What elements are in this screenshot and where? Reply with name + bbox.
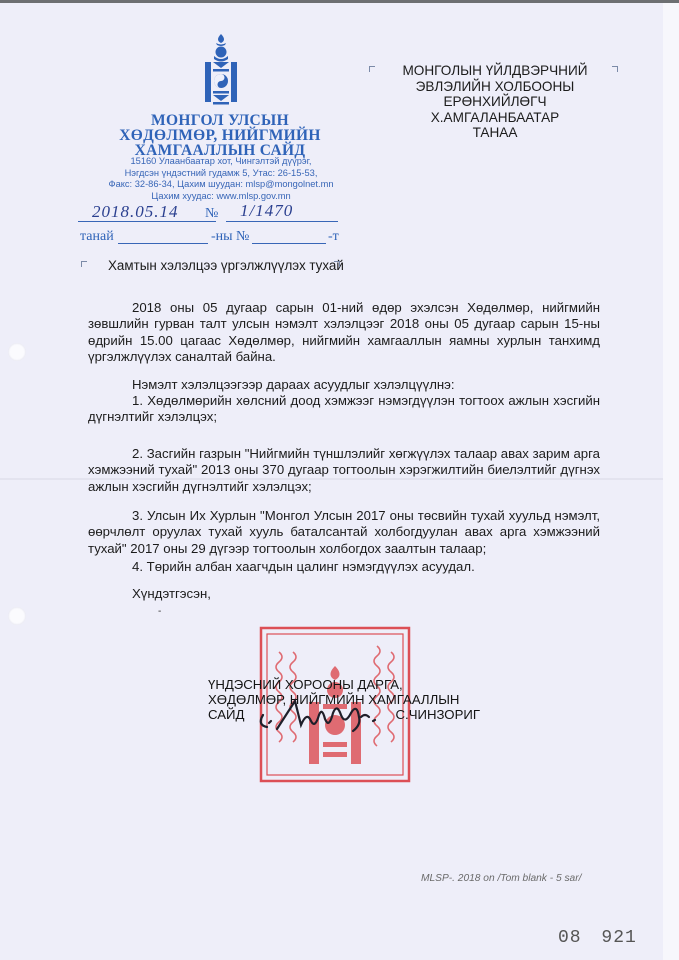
body-intro-paragraph: 2018 оны 05 дугаар сарын 01-ний өдөр эхэ… <box>88 300 600 366</box>
ref-yours-label: танай <box>80 229 114 245</box>
number-underline <box>226 221 338 222</box>
number-label: № <box>205 206 218 222</box>
subject-corner-mark-icon <box>81 261 87 267</box>
stray-mark: - <box>158 606 161 617</box>
address-line: 15160 Улаанбаатар хот, Чингэлтэй дүүрэг, <box>80 156 362 168</box>
ministry-name: МОНГОЛ УЛСЫН ХӨДӨЛМӨР, НИЙГМИЙН ХАМГААЛЛ… <box>90 113 350 158</box>
recipient-line: ТАНАА <box>380 125 610 141</box>
address-line-contact: Факс: 32-86-34, Цахим шуудан: mlsp@mongo… <box>80 179 362 191</box>
signatory-title-line: ҮНДЭСНИЙ ХОРООНЫ ДАРГА, <box>208 677 480 692</box>
scan-right-margin <box>663 3 679 960</box>
ref-to-label: -т <box>328 229 339 245</box>
subject-corner-mark-icon <box>334 261 340 267</box>
signatory-name: С.ЧИНЗОРИГ <box>396 707 480 722</box>
agenda-intro: Нэмэлт хэлэлцээгээр дараах асуудлыг хэлэ… <box>88 377 600 393</box>
recipient-line: ЕРӨНХИЙЛӨГЧ Х.АМГАЛАНБААТАР <box>380 94 610 125</box>
recipient-line: ЭВЛЭЛИЙН ХОЛБООНЫ <box>380 79 610 95</box>
agenda-item-4: 4. Төрийн албан хаагчдын цалинг нэмэгдүү… <box>88 559 600 575</box>
ministry-address: 15160 Улаанбаатар хот, Чингэлтэй дүүрэг,… <box>80 156 362 202</box>
address-corner-mark-icon <box>369 66 375 72</box>
ref-number-underline <box>252 243 326 244</box>
punch-hole-icon <box>8 607 26 625</box>
date-handwritten: 2018.05.14 <box>92 202 179 222</box>
subject-line: Хамтын хэлэлцээ үргэлжлүүлэх тухай <box>108 258 344 273</box>
handwritten-signature-icon <box>255 695 395 735</box>
ref-date-underline <box>118 243 208 244</box>
serial-number: 08 921 <box>558 928 637 948</box>
agenda-item-1: 1. Хөдөлмөрийн хөлсний доод хэмжээг нэмэ… <box>88 393 600 426</box>
address-line-website: Цахим хуудас: www.mlsp.gov.mn <box>80 191 362 203</box>
punch-hole-icon <box>8 343 26 361</box>
ministry-name-line: ХӨДӨЛМӨР, НИЙГМИЙН <box>90 128 350 143</box>
address-line: Нэгдсэн үндэстний гудамж 5, Утас: 26-15-… <box>80 168 362 180</box>
recipient-line: МОНГОЛЫН ҮЙЛДВЭРЧНИЙ <box>380 63 610 79</box>
signatory-title-line: САЙД <box>208 707 244 722</box>
agenda-item-2: 2. Засгийн газрын "Нийгмийн түншлэлийг х… <box>88 446 600 495</box>
address-corner-mark-icon <box>612 66 618 72</box>
agenda-item-3: 3. Улсын Их Хурлын "Монгол Улсын 2017 он… <box>88 508 600 557</box>
number-handwritten: 1/1470 <box>240 201 293 221</box>
ref-number-label: -ны № <box>211 229 249 245</box>
soyombo-emblem-icon <box>203 32 239 112</box>
recipient-block: МОНГОЛЫН ҮЙЛДВЭРЧНИЙ ЭВЛЭЛИЙН ХОЛБООНЫ Е… <box>380 63 610 141</box>
form-reference-note: MLSP-. 2018 on /Tom blank - 5 sar/ <box>421 873 581 884</box>
ministry-name-line: МОНГОЛ УЛСЫН <box>90 113 350 128</box>
closing-salutation: Хүндэтгэсэн, <box>132 586 332 602</box>
